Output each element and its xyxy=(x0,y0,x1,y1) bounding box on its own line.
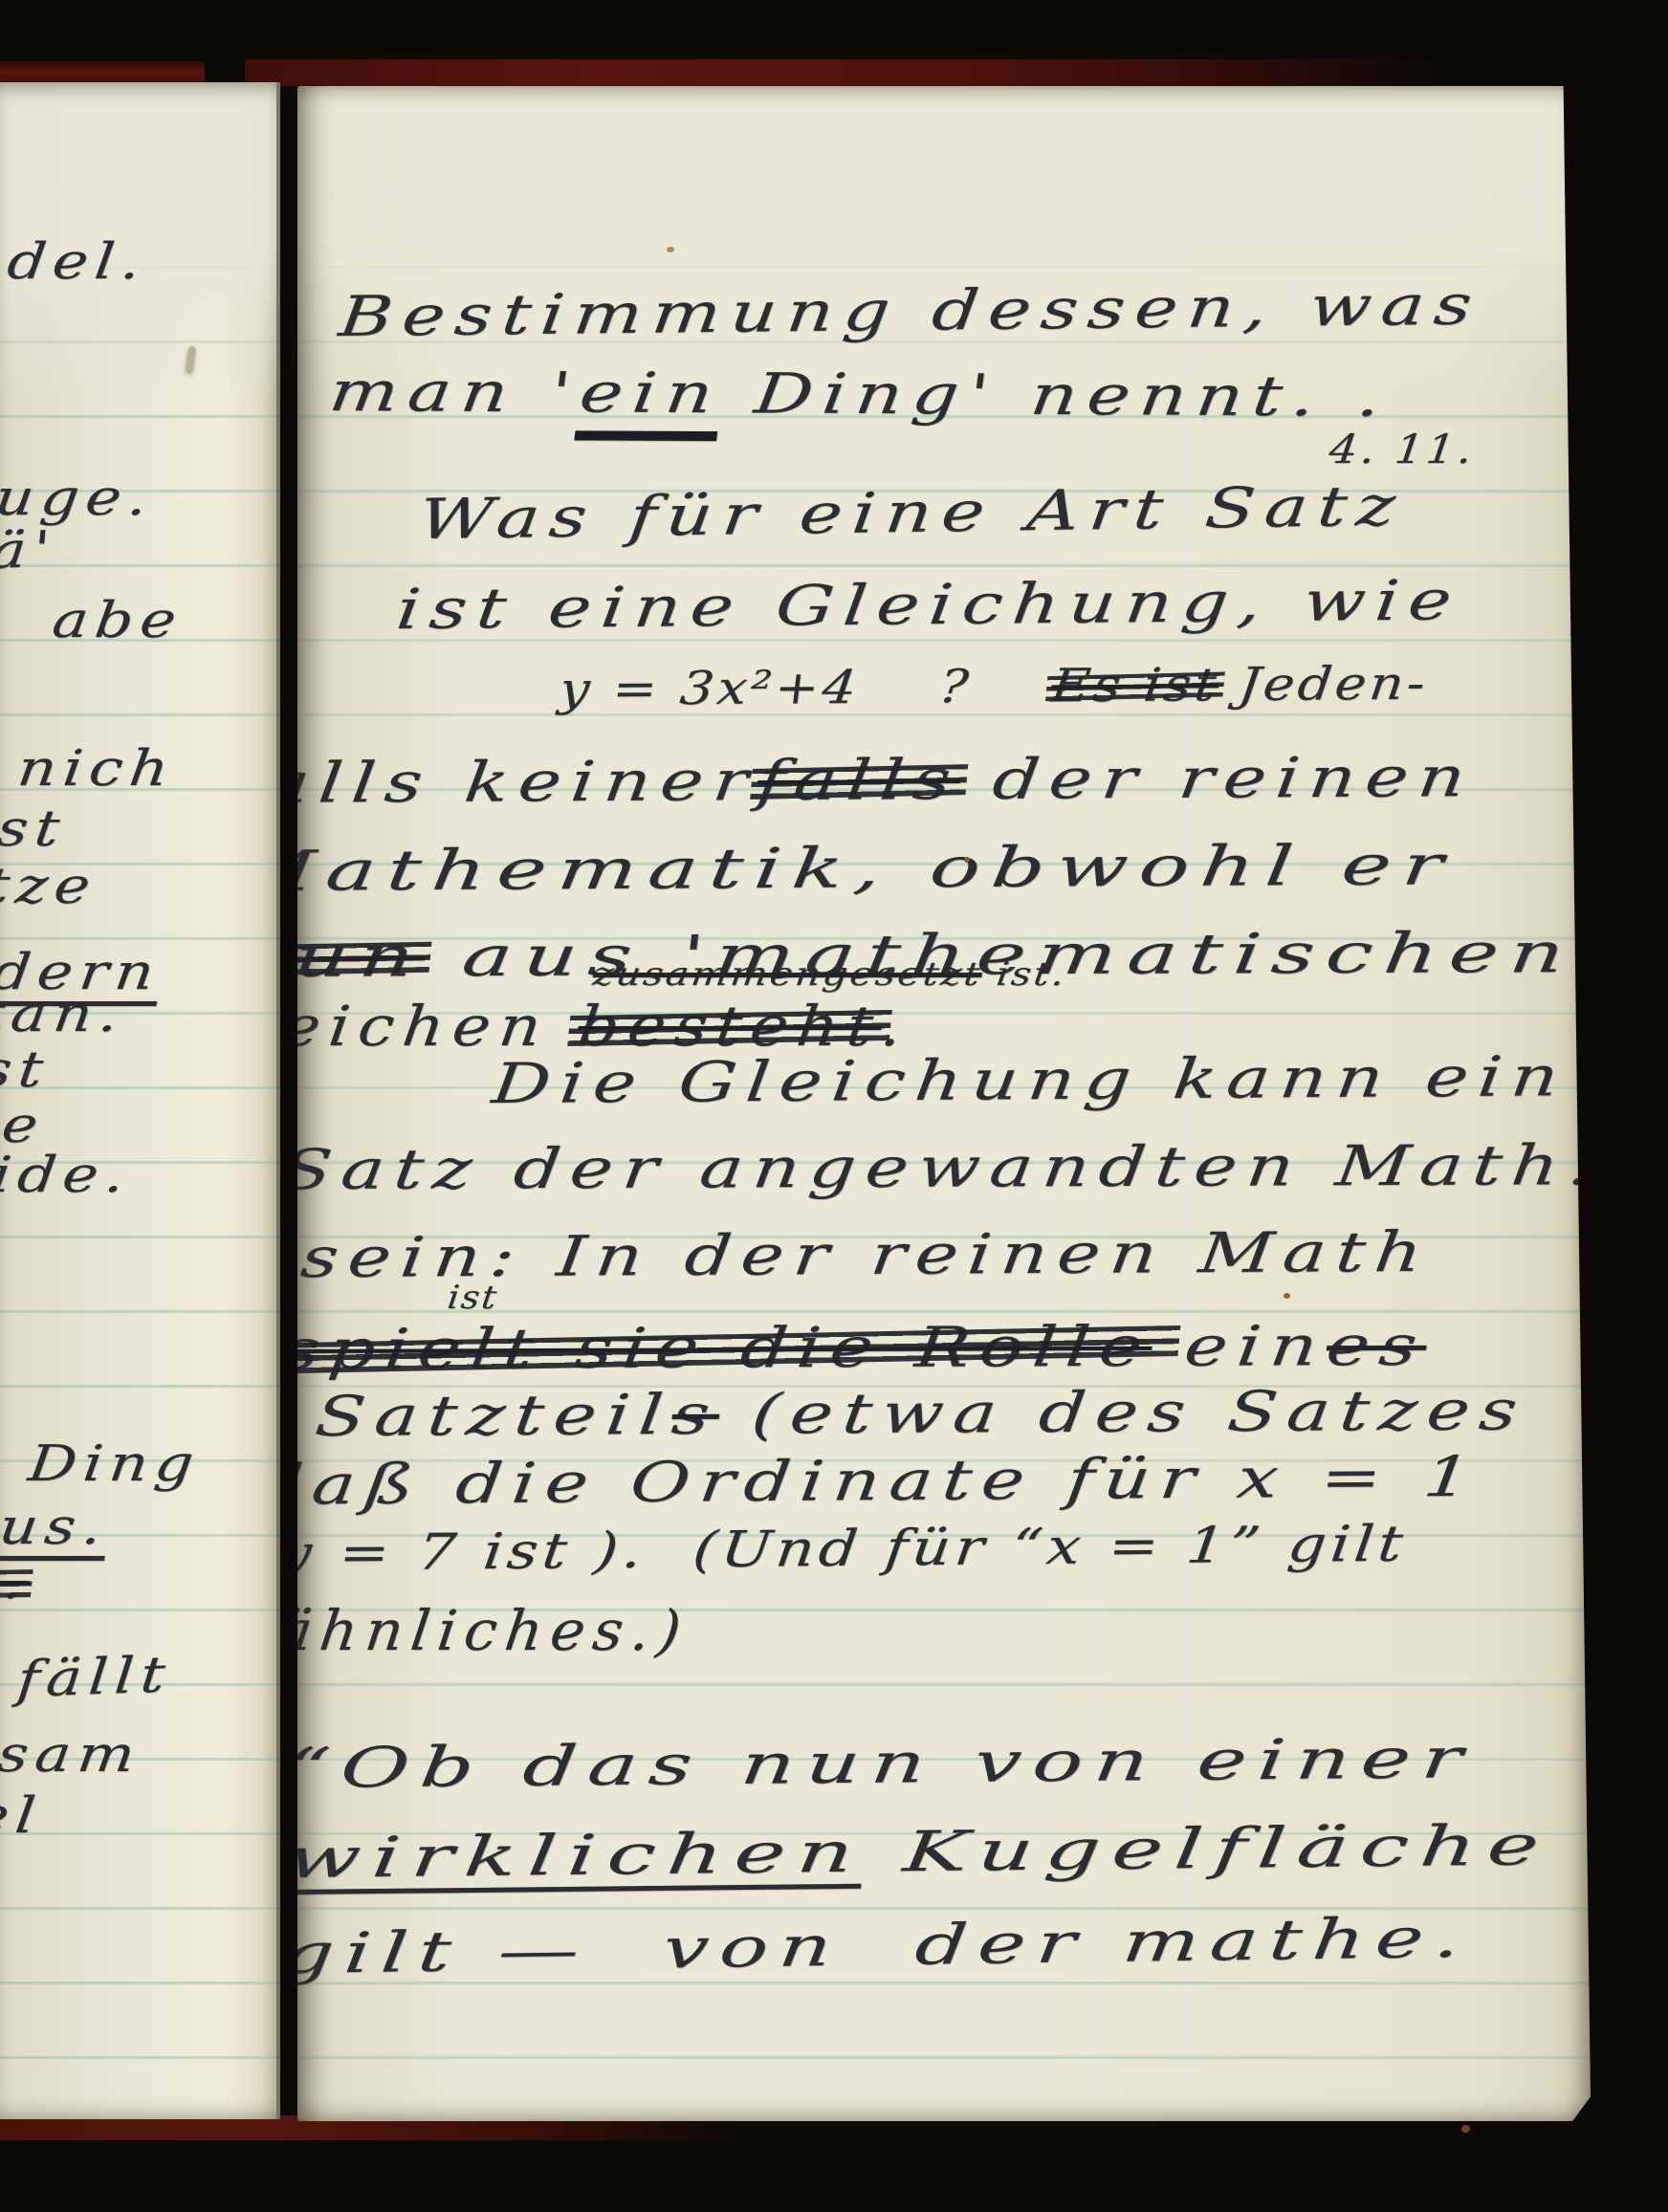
cover-edge-top-right xyxy=(245,59,1440,86)
notebook-photo: del.zuge.ä'abeich nichistätzeandernstan.… xyxy=(0,0,1668,2212)
handwriting-fragment: ist xyxy=(0,801,69,859)
handwriting-fragment: zuge. xyxy=(0,471,157,528)
handwriting-fragment: ätze xyxy=(0,859,100,916)
handwriting-fragment: Ding xyxy=(25,1436,203,1494)
handwritten-line: wirklichen Kugelfläche xyxy=(297,1813,1554,1891)
handwriting-fragment: stan. xyxy=(0,987,128,1044)
handwritten-line: (daß die Ordinate für x = 1 xyxy=(297,1445,1483,1518)
handwriting-fragment: st xyxy=(0,1042,53,1100)
handwriting-fragment: ä' xyxy=(0,521,58,580)
left-page: del.zuge.ä'abeich nichistätzeandernstan.… xyxy=(0,82,280,2119)
handwritten-line: “Ob das nun von einer xyxy=(297,1726,1477,1801)
handwritten-line: falls keinerfalls der reinen xyxy=(297,745,1479,816)
right-page: Bestimmung dessen, wasman 'ein Ding' nen… xyxy=(297,86,1591,2121)
handwritten-line: spielt sie die Rolle eines xyxy=(297,1314,1430,1382)
handwritten-line: zusammengesetzt ist. xyxy=(591,956,1069,994)
paper-speck xyxy=(1284,1293,1290,1299)
handwritten-line: Was für eine Art Satz xyxy=(415,474,1408,552)
handwritten-line: Satzteils (etwa des Satzes xyxy=(312,1378,1530,1448)
paper-speck xyxy=(1461,2125,1470,2133)
handwritten-line: ist eine Gleichung, wie xyxy=(393,568,1464,641)
paper-speck xyxy=(667,247,674,252)
handwritten-line: ist xyxy=(446,1280,501,1317)
handwritten-line: Mathematik, obwohl er xyxy=(297,833,1458,903)
date-annotation: 4. 11. xyxy=(1327,427,1478,472)
handwriting-fragment: abe xyxy=(49,593,186,650)
handwriting-fragment: aus. xyxy=(0,1500,112,1557)
handwritten-line: Die Gleichung kann ein xyxy=(489,1044,1571,1116)
handwritten-line: gilt — von der mathe. xyxy=(297,1906,1475,1986)
handwritten-line: Satz der angewandten Math. xyxy=(297,1133,1591,1202)
handwriting-fragment: ich nich xyxy=(0,741,178,799)
handwritten-line: y = 3x²+4 ? Es ist Jeden- xyxy=(557,658,1431,717)
handwritten-line: Bestimmung dessen, was xyxy=(336,273,1484,348)
paper-speck xyxy=(964,857,970,863)
handwritten-line: y = 7 ist ). (Und für “x = 1” gilt xyxy=(297,1517,1410,1584)
handwriting-fragment: iel xyxy=(0,1788,45,1846)
handwritten-line: man 'ein Ding' nennt. . xyxy=(326,360,1394,428)
handwriting-fragment: fällt xyxy=(14,1647,173,1710)
handwriting-fragment: beide. xyxy=(0,1148,134,1205)
handwriting-fragment: del. xyxy=(4,234,150,292)
handwriting-fragment: t". xyxy=(0,1554,33,1611)
handwriting-fragment: zusam xyxy=(0,1727,144,1785)
handwritten-line: ähnliches.) xyxy=(297,1599,692,1663)
